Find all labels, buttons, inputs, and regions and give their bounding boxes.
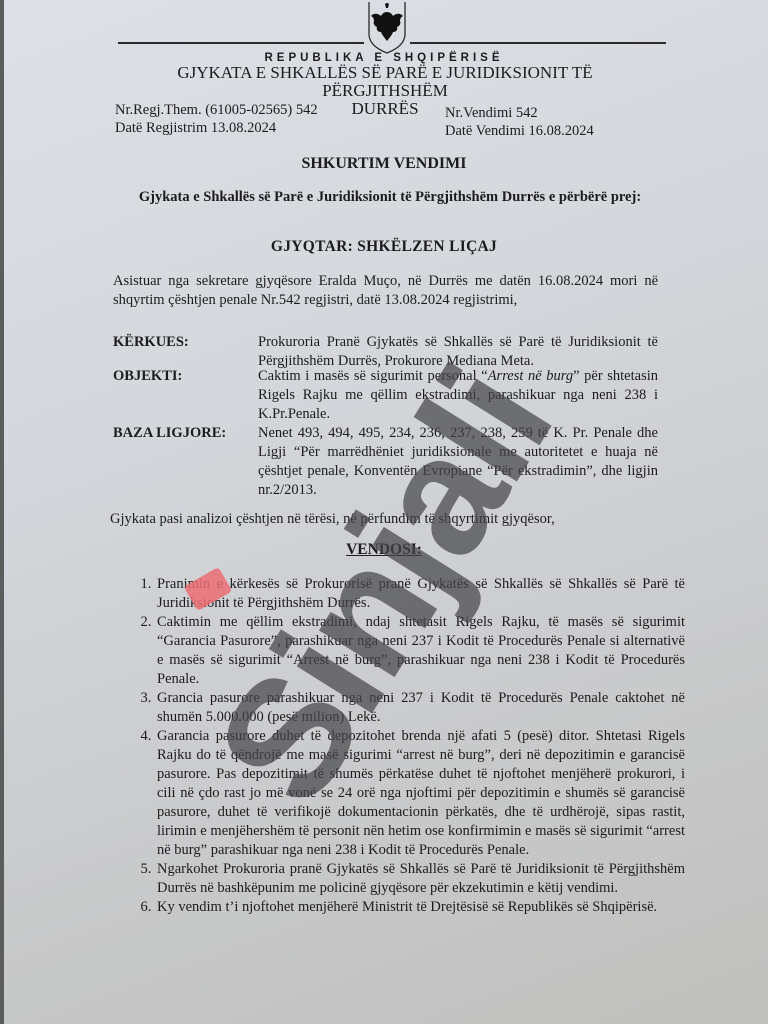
decided-heading: VENDOSI: <box>0 541 768 559</box>
decision-date: Datë Vendimi 16.08.2024 <box>445 122 594 140</box>
field-label: BAZA LIGJORE: <box>113 424 226 443</box>
decision-info: Nr.Vendimi 542 Datë Vendimi 16.08.2024 <box>445 104 594 140</box>
intro-paragraph: Asistuar nga sekretare gjyqësore Eralda … <box>113 272 658 310</box>
decision-item: Ky vendim t’i njoftohet menjëherë Minist… <box>155 898 685 917</box>
decision-number: Nr.Vendimi 542 <box>445 104 594 122</box>
decision-item: Pranimin e kërkesës së Prokurorisë pranë… <box>155 575 685 613</box>
field-label: KËRKUES: <box>113 333 189 352</box>
header-rule-left <box>118 42 364 44</box>
court-composition: Gjykata e Shkallës së Parë e Juridiksion… <box>110 188 670 207</box>
court-name-line1: GJYKATA E SHKALLËS SË PARË E JURIDIKSION… <box>120 64 650 100</box>
albania-eagle-emblem-icon <box>366 0 408 54</box>
field-object: OBJEKTI: Caktim i masës së sigurimit per… <box>113 367 658 424</box>
registration-info: Nr.Regj.Them. (61005-02565) 542 Datë Reg… <box>115 101 318 137</box>
decisions-list: Pranimin e kërkesës së Prokurorisë pranë… <box>130 575 685 917</box>
field-legal-basis: BAZA LIGJORE: Nenet 493, 494, 495, 234, … <box>113 424 658 500</box>
decision-item: Caktimin me qëllim ekstradimi, ndaj shte… <box>155 613 685 689</box>
field-value: Caktim i masës së sigurimit personal “Ar… <box>258 367 658 424</box>
field-requester: KËRKUES: Prokuroria Pranë Gjykatës së Sh… <box>113 333 658 371</box>
decision-item: Garancia pasurore duhet të depozitohet b… <box>155 727 685 860</box>
court-document: REPUBLIKA E SHQIPËRISË GJYKATA E SHKALLË… <box>0 0 768 1024</box>
decision-item: Ngarkohet Prokuroria pranë Gjykatës së S… <box>155 860 685 898</box>
judge-name: GJYQTAR: SHKËLZEN LIÇAJ <box>0 238 768 256</box>
field-value: Nenet 493, 494, 495, 234, 236, 237, 238,… <box>258 424 658 500</box>
analysis-paragraph: Gjykata pasi analizoi çështjen në tërësi… <box>110 511 670 528</box>
document-title: SHKURTIM VENDIMI <box>0 155 768 173</box>
registration-number: Nr.Regj.Them. (61005-02565) 542 <box>115 101 318 119</box>
field-value: Prokuroria Pranë Gjykatës së Shkallës së… <box>258 333 658 371</box>
decision-item: Grancia pasurore parashikuar nga neni 23… <box>155 689 685 727</box>
field-label: OBJEKTI: <box>113 367 182 386</box>
italic-measure: Arrest në burg <box>488 368 573 384</box>
header-rule-right <box>410 42 666 44</box>
registration-date: Datë Regjistrim 13.08.2024 <box>115 119 318 137</box>
